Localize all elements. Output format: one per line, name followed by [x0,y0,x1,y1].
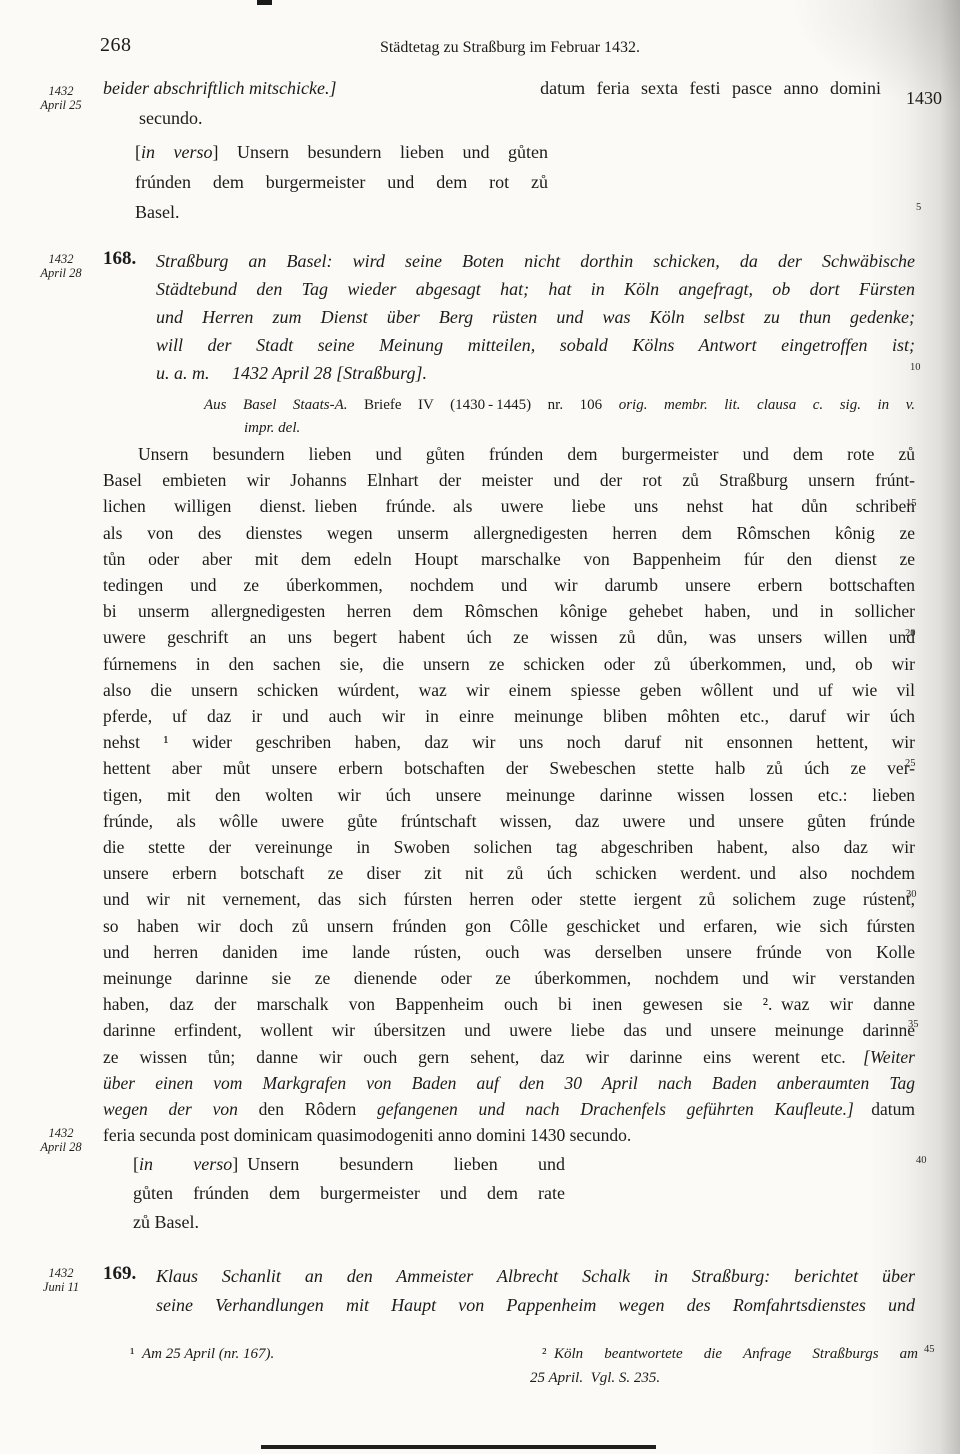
text-segment: wegen der von [103,1099,259,1119]
entry-168-summary: Straßburg an Basel: wird seine Boten nic… [156,247,915,387]
text-line: ze wissen tůn; danne wir ouch gern sehen… [103,1044,915,1070]
text-line: hettent aber můt unsere erbern botschaft… [103,755,915,781]
text-line: Aus Basel Staats-A. Briefe IV (1430 - 14… [204,394,915,417]
entry-168-letter-body: Unsern besundern lieben und gůten frúnde… [103,441,915,1148]
text-segment: frúnden dem burgermeister und dem rot zů [135,172,548,192]
text-line: Basel embieten wir Johanns Elnhart der m… [103,467,915,493]
text-segment: lichen willigen dienst. lieben frúnde. a… [103,496,915,516]
text-line: tigen, mit den wolten wir úch unsere mei… [103,782,915,808]
margin-note-year: 1432 [24,252,98,266]
text-segment: in verso [141,142,213,162]
text-segment: pferde, uf daz ir und auch wir in einre … [103,706,915,726]
text-segment: haben, daz der marschalk von Bappenheim … [103,994,915,1014]
margin-date-note: 1432April 28 [24,1126,98,1154]
text-segment: impr. del. [244,420,300,436]
text-segment: seine Verhandlungen mit Haupt von Pappen… [156,1295,915,1315]
text-line: uwere geschrift an uns begert habent úch… [103,624,915,650]
text-line: Klaus Schanlit an den Ammeister Albrecht… [156,1262,915,1291]
text-segment: Aus Basel Staats-A. [204,397,364,413]
text-line: über einen vom Markgrafen von Baden auf … [103,1070,915,1096]
text-line: nehst ¹ wider geschriben haben, daz wir … [103,729,915,755]
entry-168-number: 168. [103,248,136,270]
margin-line-number: 5 [916,202,921,213]
entry-167-datum: datum feria sexta festi pasce anno domin… [540,78,881,99]
text-line: und herren daniden ime lande rústen, ouc… [103,939,915,965]
text-segment: tigen, mit den wolten wir úch unsere mei… [103,785,915,805]
text-line: als von des dienstes wegen unserm allerg… [103,520,915,546]
text-segment: zů Basel. [133,1212,199,1232]
text-segment: unsere erbern botschaft ze diser zit nit… [103,863,915,883]
footnote-1: ¹ Am 25 April (nr. 167). [130,1342,435,1366]
text-segment: Straßburg an Basel: wird seine Boten nic… [156,251,915,271]
text-segment: will der Stadt seine Meinung mitteilen, … [156,335,915,355]
text-line: Städtebund den Tag wieder abgesagt hat; … [156,275,915,303]
entry-169-summary: Klaus Schanlit an den Ammeister Albrecht… [156,1262,915,1320]
text-segment: gefangenen und nach Drachenfels geführte… [377,1099,854,1119]
entry-168-verso-address: [in verso] Unsern besundern lieben undgů… [133,1150,565,1237]
entry-169-number: 169. [103,1263,136,1285]
text-segment: gůten frúnden dem burgermeister und dem … [133,1183,565,1203]
text-line: und wir nit vernement, das sich fúrsten … [103,886,915,912]
text-segment: Städtebund den Tag wieder abgesagt hat; … [156,279,915,299]
text-segment: hettent aber můt unsere erbern botschaft… [103,758,915,778]
text-segment: den Rôdern [259,1099,377,1119]
entry-169: 169. Klaus Schanlit an den Ammeister Alb… [103,1262,915,1320]
text-line: frúnden dem burgermeister und dem rot zů [135,167,548,197]
text-line: und Herren zum Dienst über Berg rüsten u… [156,303,915,331]
text-line: pferde, uf daz ir und auch wir in einre … [103,703,915,729]
text-segment: datum [854,1099,915,1119]
margin-note-day: April 25 [24,98,98,112]
text-segment: in verso [139,1154,232,1174]
text-line: 25 April. Vgl. S. 235. [530,1366,918,1390]
margin-note-day: April 28 [24,266,98,280]
text-line: impr. del. [204,417,915,440]
text-line: fúrnemens in den sachen sie, die unsern … [103,651,915,677]
scan-artifact-bottom [261,1445,656,1449]
text-segment: Köln beantwortete die Anfrage Straßburgs… [554,1346,918,1362]
entry-167-year: 1430 [906,88,942,109]
margin-note-day: Juni 11 [24,1280,98,1294]
text-segment: also die unsern schicken wúrdent, waz wi… [103,680,915,700]
text-segment: ze wissen tůn; danne wir ouch gern sehen… [103,1047,863,1067]
text-line: seine Verhandlungen mit Haupt von Pappen… [156,1291,915,1320]
running-title: Städtetag zu Straßburg im Februar 1432. [105,39,915,57]
text-segment: frúnde, als wôlle uwere gůte frúntschaft… [103,811,915,831]
text-segment: und wir nit vernement, das sich fúrsten … [103,889,915,909]
text-segment: und herren daniden ime lande rústen, ouc… [103,942,915,962]
entry-168-source-citation: Aus Basel Staats-A. Briefe IV (1430 - 14… [204,394,915,440]
text-segment: über einen vom Markgrafen von Baden auf … [103,1073,915,1093]
text-segment: meinunge darinne sie ze dienende oder ze… [103,968,915,988]
entry-167-closing-italic: beider abschriftlich mitschicke.] [103,78,336,99]
margin-note-year: 1432 [24,1126,98,1140]
margin-note-year: 1432 [24,1266,98,1280]
text-segment: die stette der vereinunge in Swoben soli… [103,837,915,857]
text-segment: nehst ¹ wider geschriben haben, daz wir … [103,732,915,752]
text-line: Unsern besundern lieben und gůten frúnde… [103,441,915,467]
text-segment: 25 April. Vgl. S. 235. [530,1370,660,1386]
margin-date-note: 1432Juni 11 [24,1266,98,1294]
text-line: tůn oder aber mit dem edeln Houpt marsch… [103,546,915,572]
entry-167-secundo: secundo. [139,108,202,129]
text-line: will der Stadt seine Meinung mitteilen, … [156,331,915,359]
text-line: also die unsern schicken wúrdent, waz wi… [103,677,915,703]
text-segment: ² [542,1346,554,1362]
text-line: die stette der vereinunge in Swoben soli… [103,834,915,860]
text-line: meinunge darinne sie ze dienende oder ze… [103,965,915,991]
text-segment: ] Unsern besundern lieben und [232,1154,565,1174]
text-line: Basel. [135,197,548,227]
entry-167-dateline: beider abschriftlich mitschicke.] datum … [103,78,915,99]
text-line: feria secunda post dominicam quasimodoge… [103,1122,915,1148]
text-line: ¹ Am 25 April (nr. 167). [130,1342,435,1366]
text-segment: als von des dienstes wegen unserm allerg… [103,523,915,543]
text-line: darinne erfindent, wollent wir úbersitze… [103,1017,915,1043]
margin-date-note: 1432April 28 [24,252,98,280]
scan-artifact-top [257,0,272,5]
text-segment: [Weiter [863,1047,915,1067]
entry-168: 168. Straßburg an Basel: wird seine Bote… [103,247,915,387]
text-line: haben, daz der marschalk von Bappenheim … [103,991,915,1017]
text-line: [in verso] Unsern besundern lieben und g… [135,137,548,167]
text-line: gůten frúnden dem burgermeister und dem … [133,1179,565,1208]
text-segment: und Herren zum Dienst über Berg rüsten u… [156,307,915,327]
entry-167-verso-address: [in verso] Unsern besundern lieben und g… [135,137,548,227]
margin-line-number: 40 [916,1155,927,1166]
text-line: u. a. m. 1432 April 28 [Straßburg]. [156,359,915,387]
text-segment: orig. membr. lit. clausa c. sig. in v. [619,397,915,413]
margin-note-day: April 28 [24,1140,98,1154]
text-line: Straßburg an Basel: wird seine Boten nic… [156,247,915,275]
text-segment: Briefe IV (1430 - 1445) nr. 106 [364,397,619,413]
text-segment: Klaus Schanlit an den Ammeister Albrecht… [156,1266,915,1286]
text-segment: Unsern besundern lieben und gůten frúnde… [138,444,915,464]
text-segment: feria secunda post dominicam quasimodoge… [103,1125,631,1145]
text-segment: ¹ [130,1346,142,1362]
margin-line-number: 45 [924,1344,935,1355]
text-line: zů Basel. [133,1208,565,1237]
scanned-book-page: 268 Städtetag zu Straßburg im Februar 14… [0,0,960,1454]
text-segment: tůn oder aber mit dem edeln Houpt marsch… [103,549,915,569]
text-line: unsere erbern botschaft ze diser zit nit… [103,860,915,886]
margin-date-note: 1432April 25 [24,84,98,112]
text-line: wegen der von den Rôdern gefangenen und … [103,1096,915,1122]
text-segment: tedingen und ze úberkommen, nochdem und … [103,575,915,595]
text-segment: Basel embieten wir Johanns Elnhart der m… [103,470,915,490]
text-segment: Am 25 April (nr. 167). [142,1346,274,1362]
text-line: so haben wir doch zů unsern frúnden gon … [103,913,915,939]
text-line: lichen willigen dienst. lieben frúnde. a… [103,493,915,519]
text-line: tedingen und ze úberkommen, nochdem und … [103,572,915,598]
text-segment: u. a. m. 1432 April 28 [Straßburg]. [156,363,427,383]
text-segment: fúrnemens in den sachen sie, die unsern … [103,654,915,674]
text-segment: Basel. [135,202,180,222]
text-line: ² Köln beantwortete die Anfrage Straßbur… [530,1342,918,1366]
text-segment: uwere geschrift an uns begert habent úch… [103,627,915,647]
text-line: [in verso] Unsern besundern lieben und [133,1150,565,1179]
text-segment: so haben wir doch zů unsern frúnden gon … [103,916,915,936]
margin-note-year: 1432 [24,84,98,98]
text-segment: darinne erfindent, wollent wir úbersitze… [103,1020,915,1040]
footnote-2: ² Köln beantwortete die Anfrage Straßbur… [530,1342,918,1390]
text-line: frúnde, als wôlle uwere gůte frúntschaft… [103,808,915,834]
text-segment: bi unserm allergnedigesten herren dem Rô… [103,601,915,621]
text-line: bi unserm allergnedigesten herren dem Rô… [103,598,915,624]
text-segment: ] Unsern besundern lieben und gůten [213,142,548,162]
